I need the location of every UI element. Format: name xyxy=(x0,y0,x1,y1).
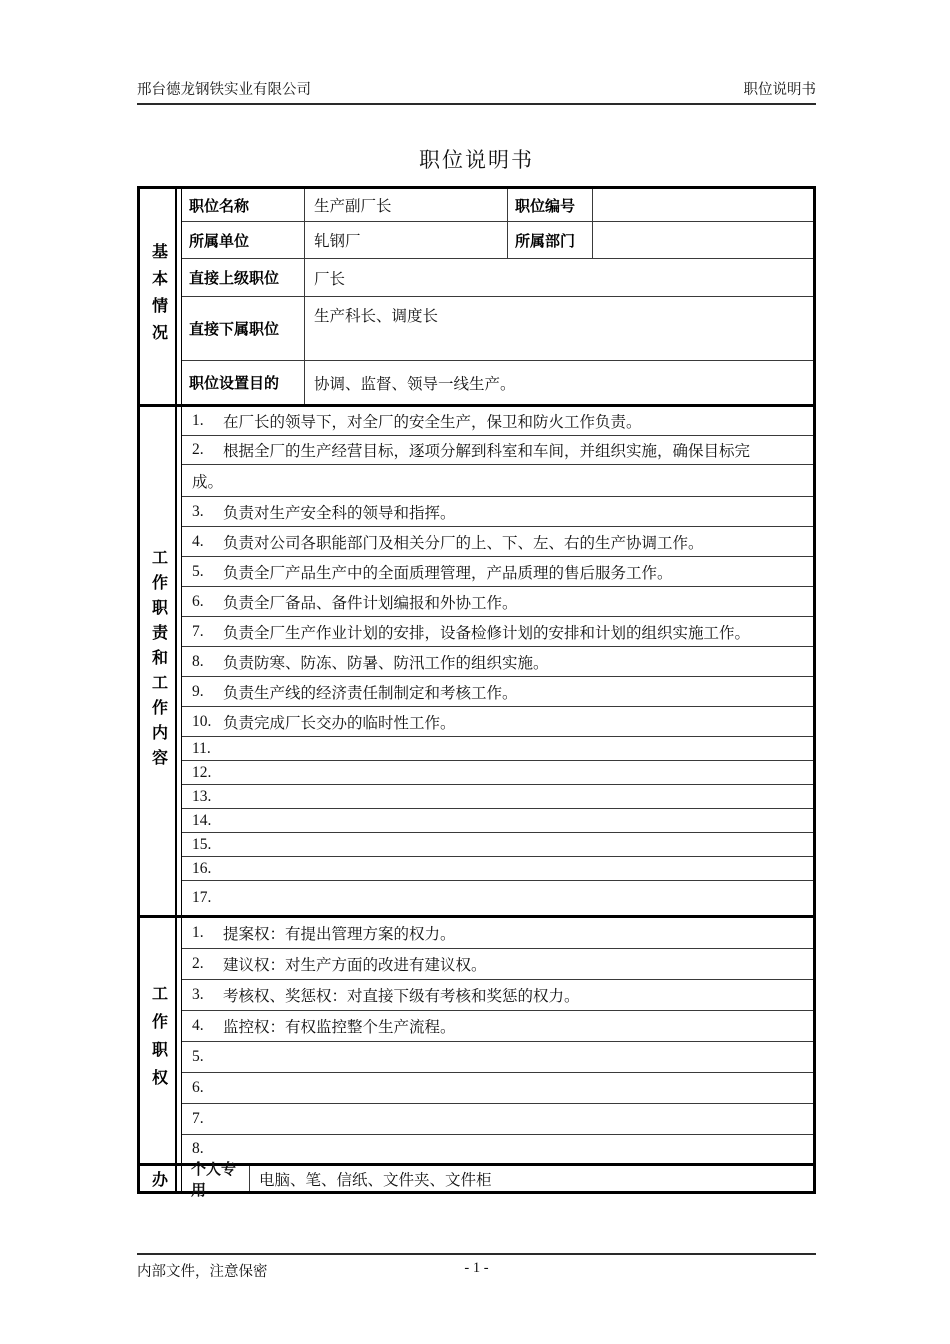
duty-number: 8. xyxy=(192,653,223,671)
section-powers: 工作职权 1.提案权：有提出管理方案的权力。 2.建议权：对生产方面的改进有建议… xyxy=(140,915,813,1163)
header-doc-type: 职位说明书 xyxy=(744,78,817,99)
duty-number: 7. xyxy=(192,623,223,641)
duty-number: 16. xyxy=(192,860,223,878)
duty-row: 5.负责全厂产品生产中的全面质理管理，产品质理的售后服务工作。 xyxy=(182,557,813,587)
duty-row-empty: 15. xyxy=(182,833,813,857)
unit-value: 轧钢厂 xyxy=(305,222,508,258)
power-number: 8. xyxy=(192,1140,223,1158)
personal-equipment-label: 个人专用 xyxy=(182,1166,250,1191)
duty-number: 2. xyxy=(192,441,223,459)
subordinates-value: 生产科长、调度长 xyxy=(305,297,813,360)
job-description-table: 基本情况 职位名称 生产副厂长 职位编号 所属单位 轧钢厂 所属部门 直接上级职… xyxy=(137,186,816,1194)
duty-text: 负责对公司各职能部门及相关分厂的上、下、左、右的生产协调工作。 xyxy=(223,531,813,553)
duty-row-empty: 13. xyxy=(182,785,813,809)
duty-row: 7.负责全厂生产作业计划的安排，设备检修计划的安排和计划的组织实施工作。 xyxy=(182,617,813,647)
superior-label: 直接上级职位 xyxy=(182,259,305,296)
page-number: - 1 - xyxy=(137,1260,816,1277)
duty-row: 4.负责对公司各职能部门及相关分厂的上、下、左、右的生产协调工作。 xyxy=(182,527,813,557)
duty-number: 1. xyxy=(192,412,223,430)
header-company-name: 邢台德龙钢铁实业有限公司 xyxy=(137,78,311,99)
power-row: 1.提案权：有提出管理方案的权力。 xyxy=(182,918,813,949)
power-number: 6. xyxy=(192,1079,223,1097)
document-page: 邢台德龙钢铁实业有限公司 职位说明书 职位说明书 基本情况 职位名称 生产副厂长… xyxy=(0,0,950,1344)
unit-label: 所属单位 xyxy=(182,222,305,258)
duty-row: 3.负责对生产安全科的领导和指挥。 xyxy=(182,497,813,527)
department-value xyxy=(593,222,813,258)
duty-row-empty: 11. xyxy=(182,737,813,761)
subordinates-label: 直接下属职位 xyxy=(182,297,305,360)
duty-number: 10. xyxy=(192,713,223,731)
duty-text: 在厂长的领导下，对全厂的安全生产，保卫和防火工作负责。 xyxy=(223,410,813,432)
duty-row-empty: 16. xyxy=(182,857,813,881)
duty-row-empty: 17. xyxy=(182,881,813,915)
duty-number: 13. xyxy=(192,788,223,806)
duty-row: 8.负责防寒、防冻、防暑、防汛工作的组织实施。 xyxy=(182,647,813,677)
position-name-label: 职位名称 xyxy=(182,189,305,221)
duty-row: 9.负责生产线的经济责任制制定和考核工作。 xyxy=(182,677,813,707)
basic-info-body: 职位名称 生产副厂长 职位编号 所属单位 轧钢厂 所属部门 直接上级职位 厂长 … xyxy=(181,189,813,404)
duty-text: 负责防寒、防冻、防暑、防汛工作的组织实施。 xyxy=(223,651,813,673)
duty-row: 6.负责全厂备品、备件计划编报和外协工作。 xyxy=(182,587,813,617)
duties-section-label: 工作职责和工作内容 xyxy=(150,549,166,774)
department-label: 所属部门 xyxy=(508,222,593,258)
powers-body: 1.提案权：有提出管理方案的权力。 2.建议权：对生产方面的改进有建议权。 3.… xyxy=(181,918,813,1163)
duty-text: 根据全厂的生产经营目标，逐项分解到科室和车间，并组织实施，确保目标完 xyxy=(223,439,813,461)
powers-section-label: 工作职权 xyxy=(150,985,166,1097)
duty-number: 6. xyxy=(192,593,223,611)
duty-text: 负责完成厂长交办的临时性工作。 xyxy=(223,711,813,733)
power-number: 3. xyxy=(192,986,223,1004)
duty-number: 17. xyxy=(192,889,223,907)
duty-number: 3. xyxy=(192,503,223,521)
duty-row: 2.根据全厂的生产经营目标，逐项分解到科室和车间，并组织实施，确保目标完 xyxy=(182,436,813,465)
position-name-value: 生产副厂长 xyxy=(305,189,508,221)
power-text: 监控权：有权监控整个生产流程。 xyxy=(223,1015,813,1037)
office-section-label-cell: 办 xyxy=(140,1166,177,1191)
duty-text: 负责全厂产品生产中的全面质理管理，产品质理的售后服务工作。 xyxy=(223,561,813,583)
duty-text: 负责对生产安全科的领导和指挥。 xyxy=(223,501,813,523)
section-duties: 工作职责和工作内容 1.在厂长的领导下，对全厂的安全生产，保卫和防火工作负责。 … xyxy=(140,404,813,915)
basic-info-section-label: 基本情况 xyxy=(150,243,166,351)
personal-equipment-value: 电脑、笔、信纸、文件夹、文件柜 xyxy=(250,1166,813,1191)
row-purpose: 职位设置目的 协调、监督、领导一线生产。 xyxy=(182,361,813,404)
power-row-empty: 8. xyxy=(182,1135,813,1163)
row-position-name: 职位名称 生产副厂长 职位编号 xyxy=(182,189,813,222)
purpose-label: 职位设置目的 xyxy=(182,361,305,404)
duty-text: 负责生产线的经济责任制制定和考核工作。 xyxy=(223,681,813,703)
duty-row-empty: 14. xyxy=(182,809,813,833)
duty-number: 14. xyxy=(192,812,223,830)
page-title: 职位说明书 xyxy=(137,144,816,174)
power-row: 4.监控权：有权监控整个生产流程。 xyxy=(182,1011,813,1042)
power-number: 2. xyxy=(192,955,223,973)
duty-row-continuation: 成。 xyxy=(182,465,813,497)
duty-text: 负责全厂备品、备件计划编报和外协工作。 xyxy=(223,591,813,613)
duties-body: 1.在厂长的领导下，对全厂的安全生产，保卫和防火工作负责。 2.根据全厂的生产经… xyxy=(181,407,813,915)
page-header: 邢台德龙钢铁实业有限公司 职位说明书 xyxy=(137,78,816,105)
power-number: 5. xyxy=(192,1048,223,1066)
row-superior: 直接上级职位 厂长 xyxy=(182,259,813,297)
duty-number: 15. xyxy=(192,836,223,854)
duty-number: 4. xyxy=(192,533,223,551)
power-text: 提案权：有提出管理方案的权力。 xyxy=(223,922,813,944)
power-row-empty: 7. xyxy=(182,1104,813,1135)
purpose-value: 协调、监督、领导一线生产。 xyxy=(305,361,813,404)
row-unit: 所属单位 轧钢厂 所属部门 xyxy=(182,222,813,259)
office-body: 个人专用 电脑、笔、信纸、文件夹、文件柜 xyxy=(181,1166,813,1191)
position-code-label: 职位编号 xyxy=(508,189,593,221)
power-row-empty: 6. xyxy=(182,1073,813,1104)
power-row: 2.建议权：对生产方面的改进有建议权。 xyxy=(182,949,813,980)
power-number: 7. xyxy=(192,1110,223,1128)
basic-info-section-label-cell: 基本情况 xyxy=(140,189,177,404)
power-number: 4. xyxy=(192,1017,223,1035)
duty-number: 5. xyxy=(192,563,223,581)
section-basic-info: 基本情况 职位名称 生产副厂长 职位编号 所属单位 轧钢厂 所属部门 直接上级职… xyxy=(140,189,813,404)
power-text: 考核权、奖惩权：对直接下级有考核和奖惩的权力。 xyxy=(223,984,813,1006)
power-row-empty: 5. xyxy=(182,1042,813,1073)
office-section-label: 办 xyxy=(150,1171,166,1187)
power-text: 建议权：对生产方面的改进有建议权。 xyxy=(223,953,813,975)
power-number: 1. xyxy=(192,924,223,942)
duty-number: 9. xyxy=(192,683,223,701)
duty-row-empty: 12. xyxy=(182,761,813,785)
page-footer: 内部文件，注意保密 - 1 - xyxy=(137,1253,816,1281)
powers-section-label-cell: 工作职权 xyxy=(140,918,177,1163)
duty-text: 成。 xyxy=(192,470,813,492)
power-row: 3.考核权、奖惩权：对直接下级有考核和奖惩的权力。 xyxy=(182,980,813,1011)
duties-section-label-cell: 工作职责和工作内容 xyxy=(140,407,177,915)
duty-text: 负责全厂生产作业计划的安排，设备检修计划的安排和计划的组织实施工作。 xyxy=(223,621,813,643)
duty-number: 11. xyxy=(192,740,223,758)
superior-value: 厂长 xyxy=(305,259,813,296)
duty-row: 10.负责完成厂长交办的临时性工作。 xyxy=(182,707,813,737)
section-office-equipment: 办 个人专用 电脑、笔、信纸、文件夹、文件柜 xyxy=(140,1163,813,1191)
duty-row: 1.在厂长的领导下，对全厂的安全生产，保卫和防火工作负责。 xyxy=(182,407,813,436)
duty-number: 12. xyxy=(192,764,223,782)
row-personal-equipment: 个人专用 电脑、笔、信纸、文件夹、文件柜 xyxy=(182,1166,813,1191)
position-code-value xyxy=(593,189,813,221)
row-subordinates: 直接下属职位 生产科长、调度长 xyxy=(182,297,813,361)
